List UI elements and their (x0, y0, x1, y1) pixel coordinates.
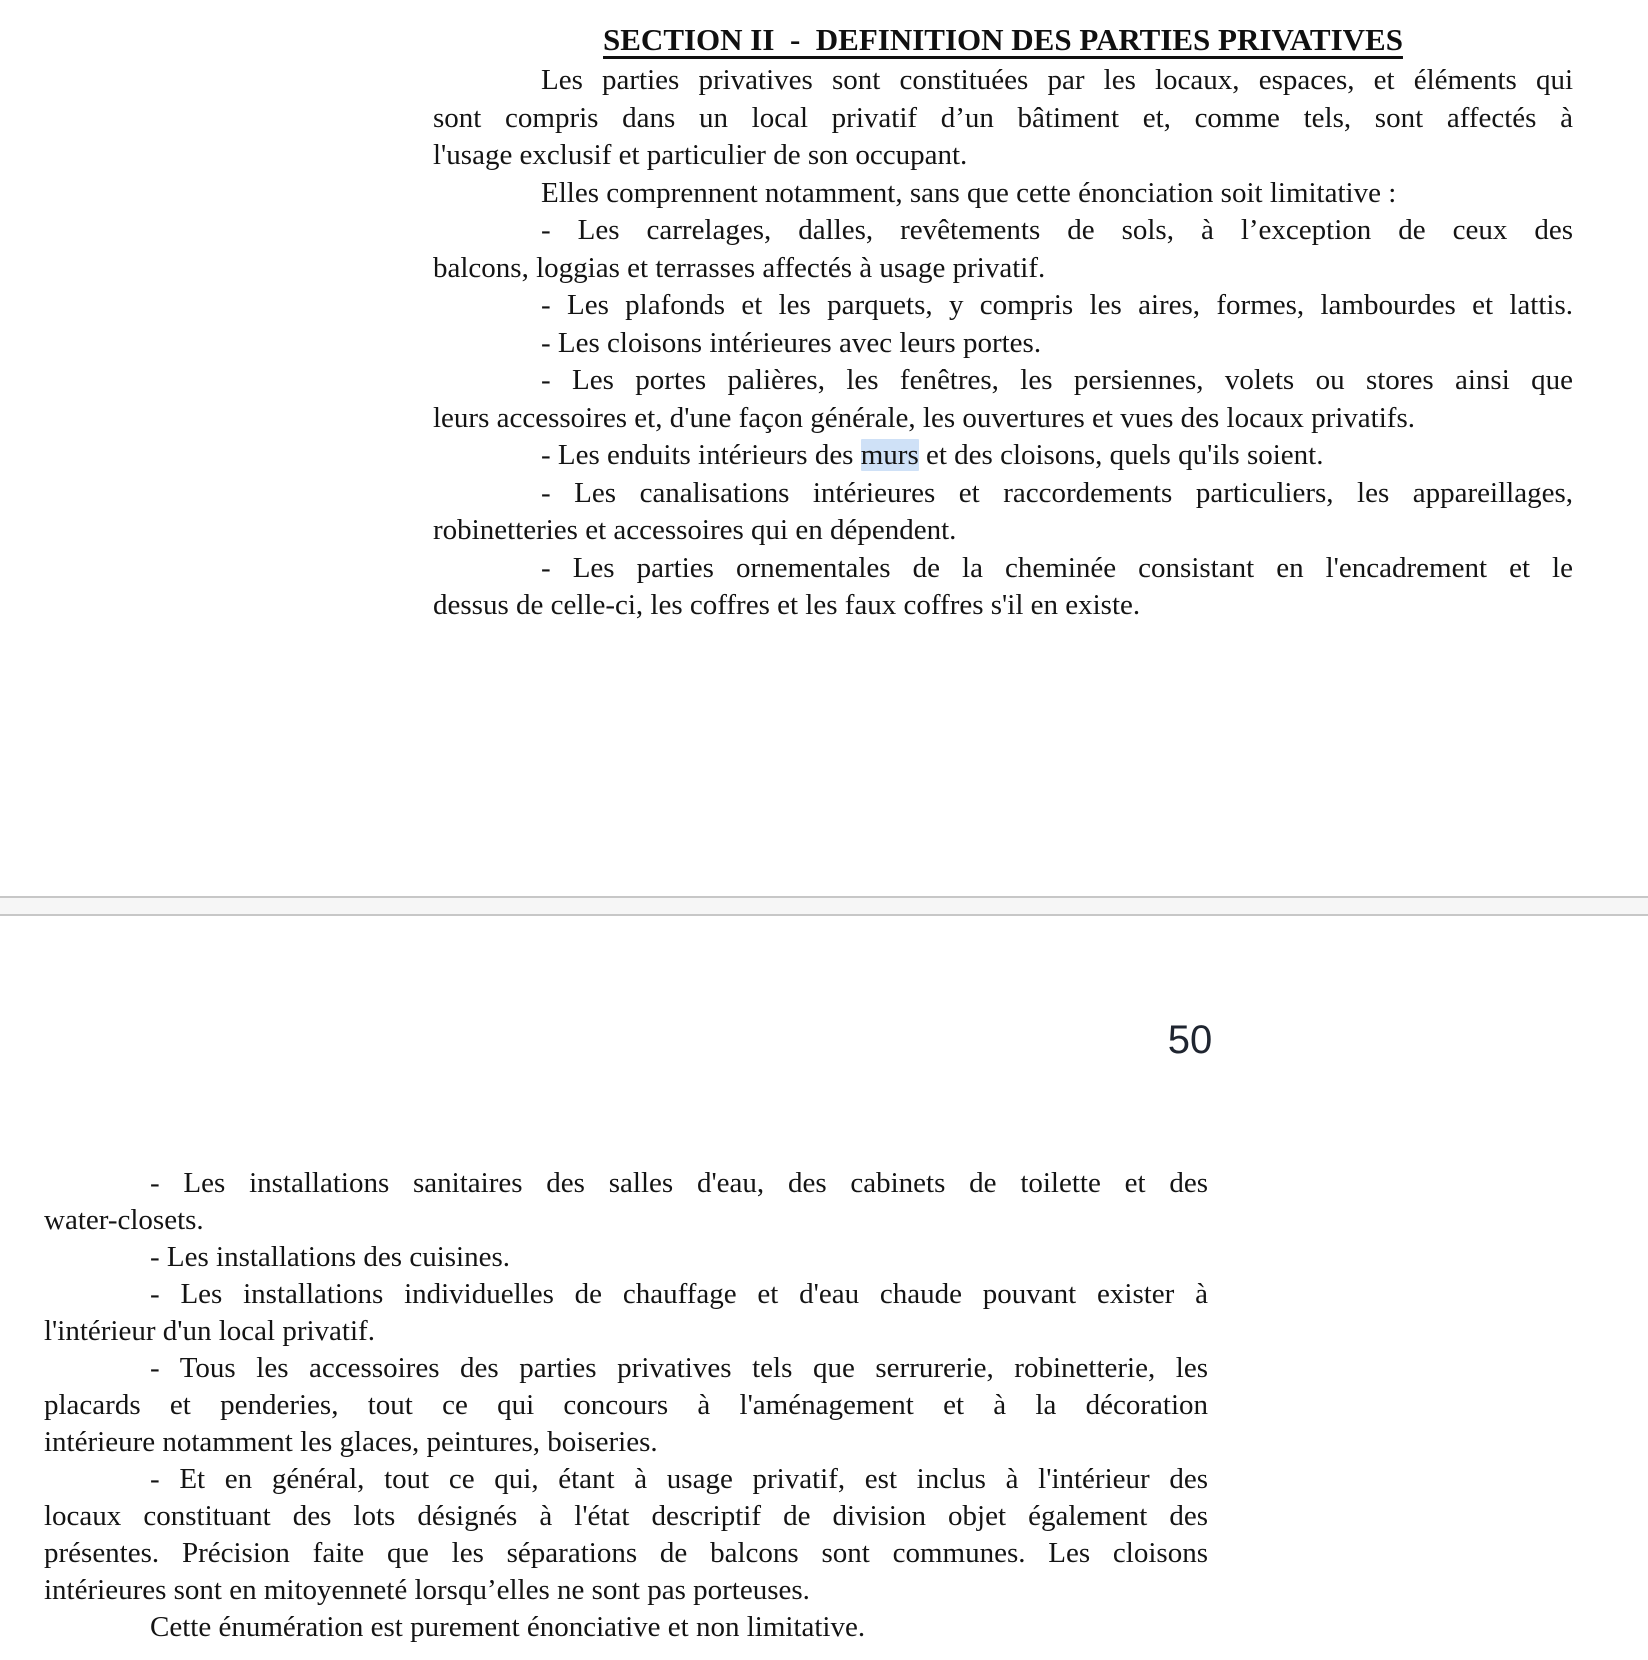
text-line: intérieure notamment les glaces, peintur… (44, 1424, 1208, 1461)
text-line: - Les parties ornementales de la cheminé… (433, 550, 1573, 588)
text-line: - Les carrelages, dalles, revêtements de… (433, 212, 1573, 250)
text-line: intérieures sont en mitoyenneté lorsqu’e… (44, 1572, 1208, 1609)
page-50-text-block: - Les installations sanitaires des salle… (44, 1165, 1208, 1646)
text-line: - Les installations individuelles de cha… (44, 1276, 1208, 1313)
text-line: robinetteries et accessoires qui en dépe… (433, 512, 1573, 550)
text-line: - Les plafonds et les parquets, y compri… (433, 287, 1573, 325)
text-line: water-closets. (44, 1202, 1208, 1239)
text-segment: - Les enduits intérieurs des (541, 439, 861, 471)
text-line: présentes. Précision faite que les sépar… (44, 1535, 1208, 1572)
page-break-separator (0, 896, 1648, 916)
text-line-with-highlight: - Les enduits intérieurs des murs et des… (433, 437, 1573, 475)
text-line: - Les installations sanitaires des salle… (44, 1165, 1208, 1202)
page-49-content: SECTION II - DEFINITION DES PARTIES PRIV… (433, 0, 1573, 625)
text-line: Elles comprennent notamment, sans que ce… (433, 175, 1573, 213)
text-line: - Les cloisons intérieures avec leurs po… (433, 325, 1573, 363)
text-line: sont compris dans un local privatif d’un… (433, 100, 1573, 138)
text-line: - Les canalisations intérieures et racco… (433, 475, 1573, 513)
text-line: placards et penderies, tout ce qui conco… (44, 1387, 1208, 1424)
text-line: balcons, loggias et terrasses affectés à… (433, 250, 1573, 288)
text-line: Cette énumération est purement énonciati… (44, 1609, 1208, 1646)
page-50-content: - Les installations sanitaires des salle… (44, 1165, 1208, 1646)
page-49-text-block: Les parties privatives sont constituées … (433, 62, 1573, 625)
text-line: Les parties privatives sont constituées … (433, 62, 1573, 100)
section-title: SECTION II - DEFINITION DES PARTIES PRIV… (433, 0, 1573, 58)
text-segment: et des cloisons, quels qu'ils soient. (919, 439, 1324, 471)
text-line: l'usage exclusif et particulier de son o… (433, 137, 1573, 175)
search-highlight: murs (861, 439, 919, 471)
text-line: leurs accessoires et, d'une façon généra… (433, 400, 1573, 438)
text-line: - Les installations des cuisines. (44, 1239, 1208, 1276)
text-line: - Les portes palières, les fenêtres, les… (433, 362, 1573, 400)
text-line: - Et en général, tout ce qui, étant à us… (44, 1461, 1208, 1498)
text-line: dessus de celle-ci, les coffres et les f… (433, 587, 1573, 625)
text-line: locaux constituant des lots désignés à l… (44, 1498, 1208, 1535)
page-number: 50 (1150, 1018, 1230, 1062)
text-line: l'intérieur d'un local privatif. (44, 1313, 1208, 1350)
text-line: - Tous les accessoires des parties priva… (44, 1350, 1208, 1387)
